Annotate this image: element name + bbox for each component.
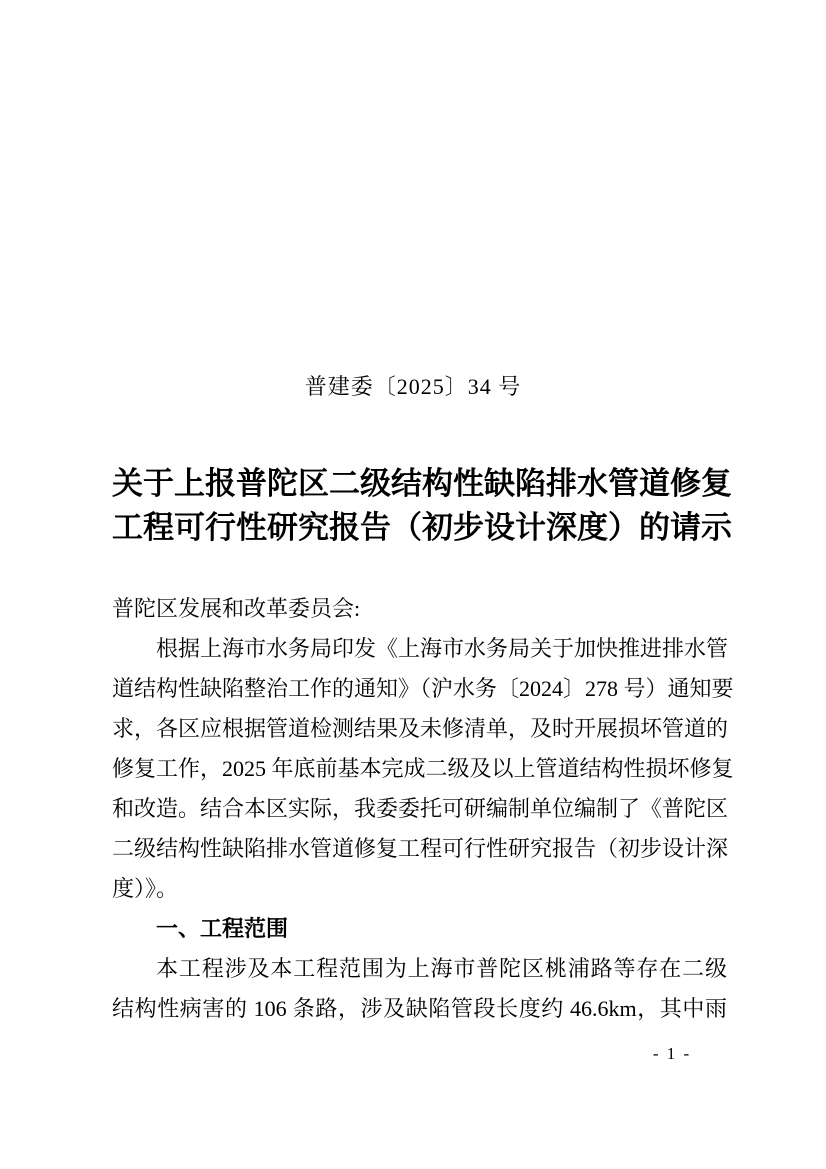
body-line: 根据上海市水务局印发《上海市水务局关于加快推进排水管 [112,629,727,669]
body-line: 二级结构性缺陷排水管道修复工程可行性研究报告（初步设计深 [112,829,727,869]
body-line: 修复工作，2025 年底前基本完成二级及以上管道结构性损坏修复 [112,749,727,789]
doc-number: 普建委〔2025〕34 号 [0,374,826,400]
body-line: 和改造。结合本区实际，我委委托可研编制单位编制了《普陀区 [112,789,727,829]
title-line-1: 关于上报普陀区二级结构性缺陷排水管道修复 [112,462,727,506]
body-line: 求，各区应根据管道检测结果及未修清单，及时开展损坏管道的 [112,709,727,749]
document-page: 普建委〔2025〕34 号 关于上报普陀区二级结构性缺陷排水管道修复 工程可行性… [0,0,826,1169]
page-number: - 1 - [640,1044,704,1064]
salutation: 普陀区发展和改革委员会: [112,589,727,629]
document-body: 普陀区发展和改革委员会: 根据上海市水务局印发《上海市水务局关于加快推进排水管 … [112,589,727,1029]
section-heading: 一、工程范围 [112,909,727,949]
body-line: 本工程涉及本工程范围为上海市普陀区桃浦路等存在二级 [112,949,727,989]
body-line: 度）》。 [112,869,727,909]
body-line: 道结构性缺陷整治工作的通知》（沪水务〔2024〕278 号）通知要 [112,669,727,709]
document-title: 关于上报普陀区二级结构性缺陷排水管道修复 工程可行性研究报告（初步设计深度）的请… [112,462,727,550]
body-line: 结构性病害的 106 条路，涉及缺陷管段长度约 46.6km，其中雨 [112,989,727,1029]
title-line-2: 工程可行性研究报告（初步设计深度）的请示 [112,506,727,550]
